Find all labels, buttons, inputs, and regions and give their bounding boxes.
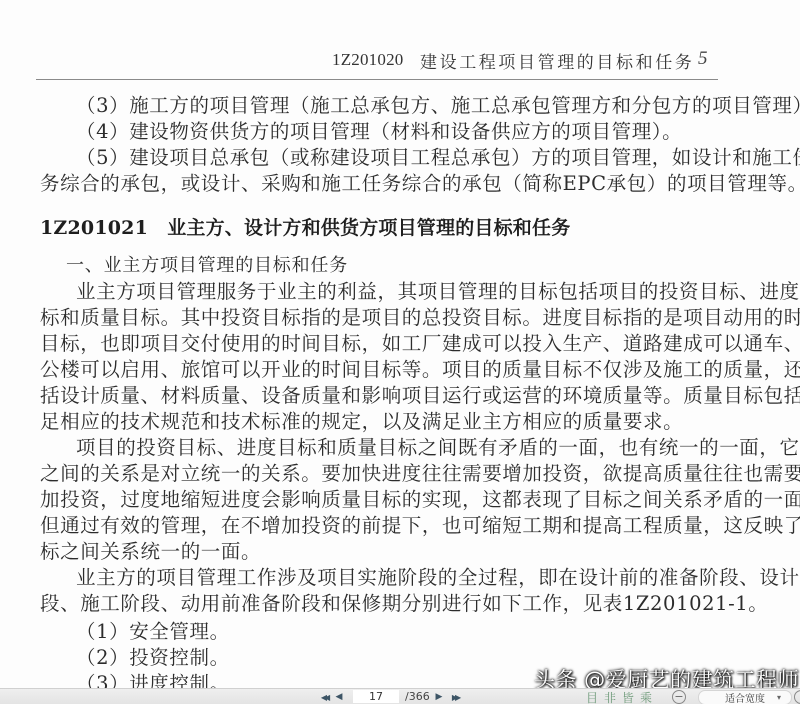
continuous-icon: 皆 [622,689,634,704]
book-icon: 乘 [640,689,652,704]
page-number-input[interactable] [353,690,399,703]
page-number: 5 [698,48,708,70]
list-item: （4）建设物资供货方的项目管理（材料和设备供应方的项目管理）。 [76,120,756,144]
last-page-icon: ▶▶ [452,693,458,702]
prev-page-icon: ◀ [336,692,343,702]
zoom-mode-select[interactable]: 适合宽度 ▾ [698,690,792,704]
prev-page-button[interactable]: ◀ [333,689,345,704]
list-item: （1）安全管理。 [76,620,756,644]
paragraph-line: 加投资，过度地缩短进度会影响质量目标的实现，这都表现了目标之间关系矛盾的一面； [40,488,720,512]
paragraph-line: 括设计质量、材料质量、设备质量和影响项目运行或运营的环境质量等。质量目标包括满 [40,384,720,408]
chapter-code: 1Z201020 [332,50,403,70]
last-page-button[interactable]: ▶▶ [447,689,463,704]
paragraph-line: 目标，也即项目交付使用的时间目标，如工厂建成可以投入生产、道路建成可以通车、办 [40,332,720,356]
paragraph-line: 标之间关系统一的一面。 [40,540,720,564]
zoom-mode-label: 适合宽度 [725,690,765,704]
zoom-out-button[interactable]: − [672,690,686,704]
total-pages: /366 [405,690,430,703]
paragraph-line: 公楼可以启用、旅馆可以开业的时间目标等。项目的质量目标不仅涉及施工的质量，还包 [40,358,720,382]
paragraph-line: 段、施工阶段、动用前准备阶段和保修期分别进行如下工作，见表1Z201021-1。 [40,592,720,616]
book-view-button[interactable]: 乘 [639,689,653,704]
paragraph-line: 业主方项目管理服务于业主的利益，其项目管理的目标包括项目的投资目标、进度目 [76,280,756,304]
paragraph-line: 足相应的技术规范和技术标准的规定，以及满足业主方相应的质量要求。 [40,410,720,434]
two-page-icon: 非 [604,689,616,704]
paragraph-line: 业主方的项目管理工作涉及项目实施阶段的全过程，即在设计前的准备阶段、设计阶 [76,566,756,590]
paragraph-line: 标和质量目标。其中投资目标指的是项目的总投资目标。进度目标指的是项目动用的时间 [40,306,720,330]
paragraph-line: 之间的关系是对立统一的关系。要加快进度往往需要增加投资，欲提高质量往往也需要增 [40,462,720,486]
single-page-icon: 目 [586,689,598,704]
document-page: 1Z201020 建设工程项目管理的目标和任务 5 （3）施工方的项目管理（施工… [0,0,800,688]
first-page-icon: ◀◀ [321,693,327,702]
two-page-view-button[interactable]: 非 [603,689,617,704]
next-page-icon: ▶ [436,692,443,702]
running-header: 1Z201020 建设工程项目管理的目标和任务 5 [36,46,718,80]
subsection-heading: 一、业主方项目管理的目标和任务 [66,254,746,278]
single-page-view-button[interactable]: 目 [585,689,599,704]
section-heading: 1Z201021 业主方、设计方和供货方项目管理的目标和任务 [40,216,720,240]
list-item: （3）施工方的项目管理（施工总承包方、施工总承包管理方和分包方的项目管理）。 [76,94,756,118]
continuous-view-button[interactable]: 皆 [621,689,635,704]
pdf-toolbar: ◀◀ ◀ /366 ▶ ▶▶ 目 非 皆 乘 − 适合宽度 ▾ [0,688,800,704]
zoom-in-button[interactable] [794,690,800,704]
paragraph-line: 但通过有效的管理，在不增加投资的前提下，也可缩短工期和提高工程质量，这反映了目 [40,514,720,538]
next-page-button[interactable]: ▶ [433,689,445,704]
list-item: （5）建设项目总承包（或称建设项目工程总承包）方的项目管理，如设计和施工任 [76,146,756,170]
paragraph-line: 项目的投资目标、进度目标和质量目标之间既有矛盾的一面，也有统一的一面，它们 [76,436,756,460]
chapter-title: 建设工程项目管理的目标和任务 [420,48,694,73]
first-page-button[interactable]: ◀◀ [316,689,332,704]
chevron-down-icon: ▾ [777,693,781,702]
paragraph-line: 务综合的承包，或设计、采购和施工任务综合的承包（简称EPC承包）的项目管理等。 [40,172,720,196]
zoom-out-icon: − [674,690,683,703]
